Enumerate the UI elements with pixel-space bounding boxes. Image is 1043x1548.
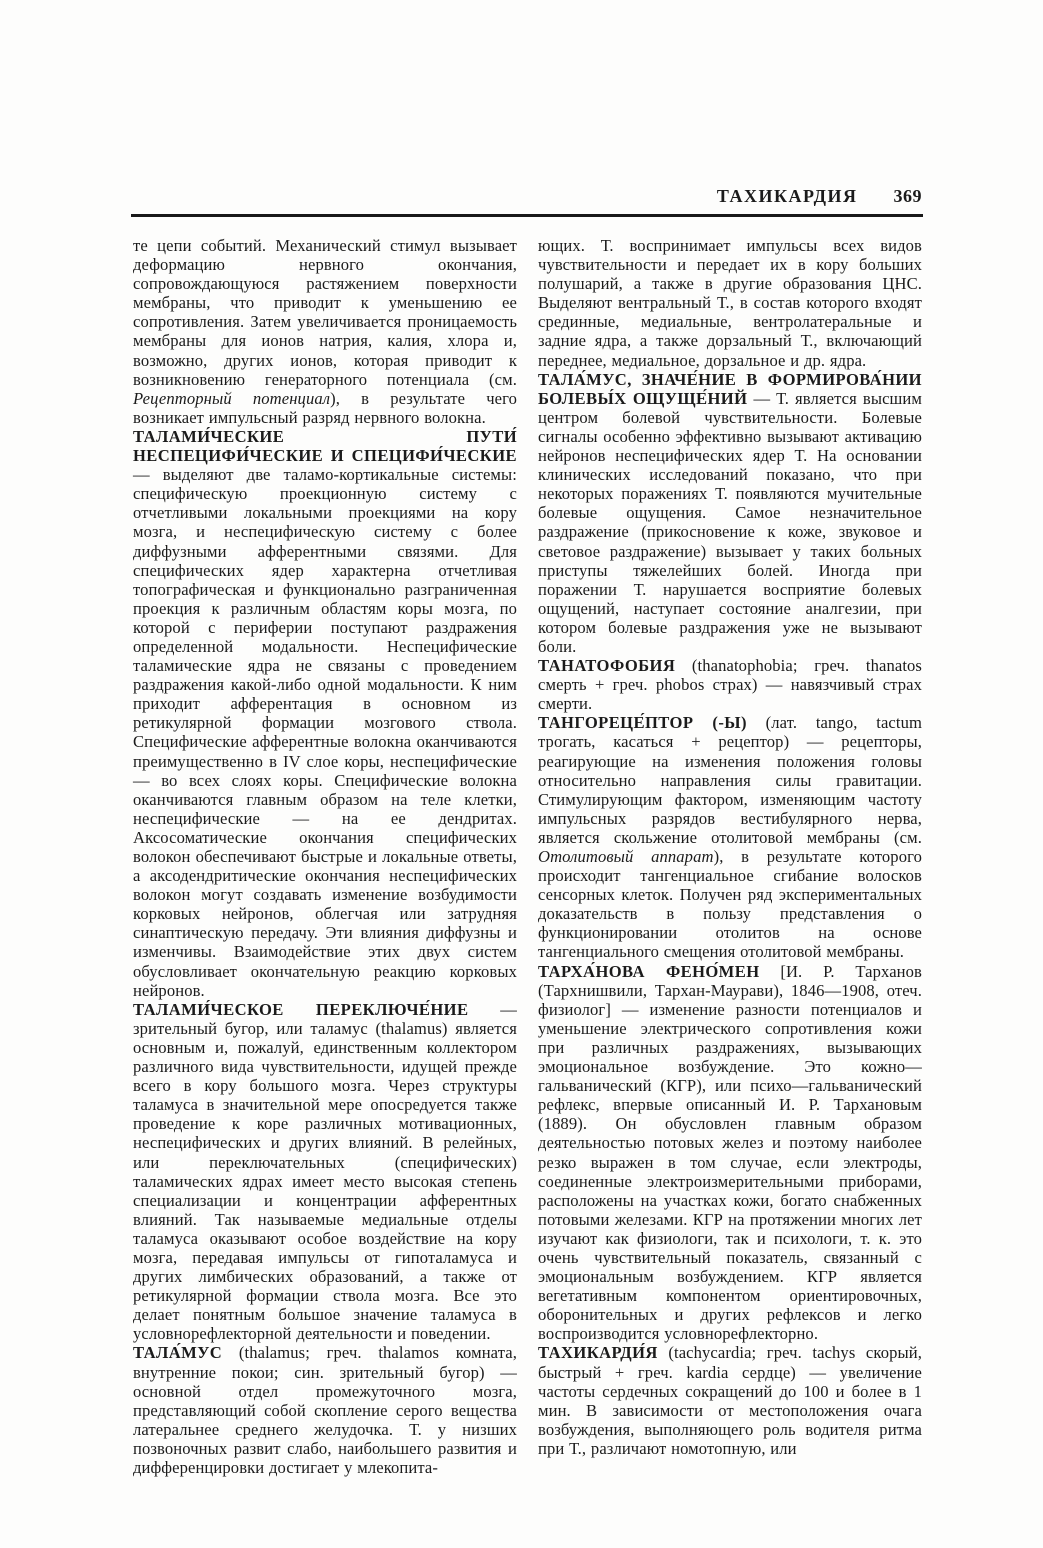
continuation-thalamus: ющих. Т. воспринимает импульсы всех видо…	[538, 236, 922, 370]
entry-tachycardia: ТАХИКАРДИ́Я (tachycardia; греч. tachys с…	[538, 1343, 922, 1458]
entry-thalamus-pain-significance: ТАЛА́МУС, ЗНАЧЕ́НИЕ В ФОРМИРОВА́НИИ БОЛЕ…	[538, 370, 922, 656]
entry-text: — выделяют две таламо-кортикальные систе…	[133, 465, 517, 1000]
entry-headword: ТАЛАМИ́ЧЕСКИЕ ПУТИ́ НЕСПЕЦИФИ́ЧЕСКИЕ И С…	[133, 427, 517, 465]
entry-text: [И. Р. Тарханов (Тархнишвили, Тархан-Мау…	[538, 962, 922, 1344]
page-number: 369	[894, 186, 923, 207]
entry-headword: ТАНАТОФОБИЯ	[538, 656, 675, 675]
entry-text: — зрительный бугор, или таламус (thalamu…	[133, 1000, 517, 1344]
entry-headword: ТАЛАМИ́ЧЕСКОЕ ПЕРЕКЛЮЧЕ́НИЕ	[133, 1000, 468, 1019]
running-title: ТАХИКАРДИЯ	[717, 186, 858, 207]
entry-text: те цепи событий. Механический стимул выз…	[133, 236, 517, 389]
page-header: ТАХИКАРДИЯ 369	[133, 186, 922, 207]
entry-headword: ТАЛА́МУС	[133, 1343, 222, 1362]
entry-text: (thalamus; греч. thalamos комната, внутр…	[133, 1343, 517, 1477]
right-column: ющих. Т. воспринимает импульсы всех видо…	[538, 236, 922, 1477]
entry-tarkhanov-phenomenon: ТАРХА́НОВА ФЕНО́МЕН [И. Р. Тарханов (Тар…	[538, 962, 922, 1344]
left-column: те цепи событий. Механический стимул выз…	[133, 236, 517, 1477]
entry-thalamus: ТАЛА́МУС (thalamus; греч. thalamos комна…	[133, 1343, 517, 1477]
text-columns: те цепи событий. Механический стимул выз…	[133, 236, 922, 1477]
entry-headword: ТАХИКАРДИ́Я	[538, 1343, 658, 1362]
entry-text: — Т. является высшим центром болевой чув…	[538, 389, 922, 656]
continuation-receptor-potential: те цепи событий. Механический стимул выз…	[133, 236, 517, 427]
dictionary-page: ТАХИКАРДИЯ 369 те цепи событий. Механиче…	[0, 0, 1043, 1548]
cross-reference-italic: Отолитовый аппарат	[538, 847, 714, 866]
entry-tangoreceptor: ТАНГОРЕЦЕ́ПТОР (-Ы) (лат. tango, tactum …	[538, 713, 922, 961]
entry-headword: ТАНГОРЕЦЕ́ПТОР (-Ы)	[538, 713, 747, 732]
entry-thalamic-pathways: ТАЛАМИ́ЧЕСКИЕ ПУТИ́ НЕСПЕЦИФИ́ЧЕСКИЕ И С…	[133, 427, 517, 1000]
cross-reference-italic: Рецепторный потенциал	[133, 389, 330, 408]
entry-text: (лат. tango, tactum трогать, касаться + …	[538, 713, 922, 847]
entry-headword: ТАРХА́НОВА ФЕНО́МЕН	[538, 962, 760, 981]
entry-thanatophobia: ТАНАТОФОБИЯ (thanatophobia; греч. thanat…	[538, 656, 922, 713]
entry-thalamic-switching: ТАЛАМИ́ЧЕСКОЕ ПЕРЕКЛЮЧЕ́НИЕ — зрительный…	[133, 1000, 517, 1344]
header-rule	[131, 214, 923, 217]
entry-text: ющих. Т. воспринимает импульсы всех видо…	[538, 236, 922, 370]
